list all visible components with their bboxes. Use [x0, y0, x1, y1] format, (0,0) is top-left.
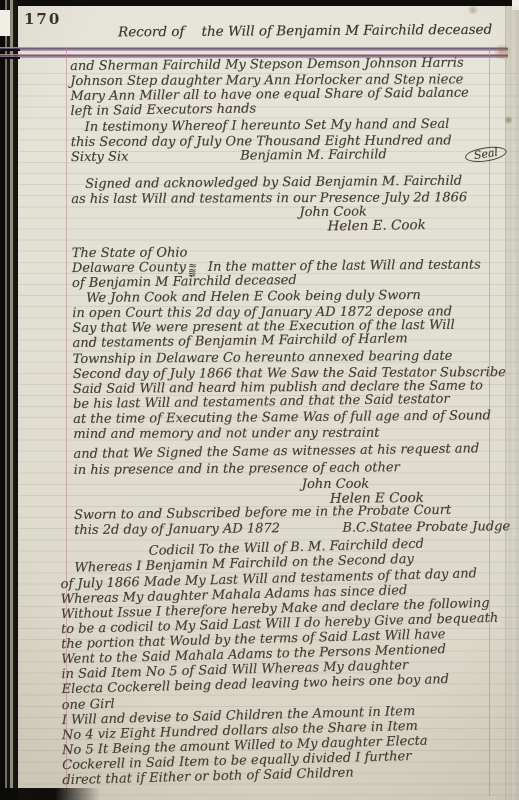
binding-shadow-bottom-left	[0, 788, 100, 800]
handwritten-line: as his last Will and testaments in our P…	[71, 190, 509, 207]
corner-paper-sliver-top-right	[512, 0, 519, 10]
handwritten-line: Second day of July 1866 that We Saw the …	[73, 365, 511, 382]
binding-rule-tick	[0, 57, 20, 59]
line-text: this Second day of July One Thousand Eig…	[71, 133, 452, 150]
book-binding-left	[0, 0, 18, 800]
line-text: Delaware County	[72, 260, 186, 276]
binding-rule-tick	[0, 49, 20, 51]
handwritten-line: in his presence and in the presence of e…	[74, 459, 512, 478]
line-text: Helen E. Cook	[327, 217, 425, 234]
handwritten-line: mind and memory and not under any restra…	[73, 425, 511, 442]
handwritten-line: this Second day of July One Thousand Eig…	[71, 133, 509, 150]
will-text: and Sherman Fairchild My Stepson Demson …	[70, 55, 514, 788]
ink-stain	[492, 44, 512, 60]
line-text: Sixty Six	[71, 149, 129, 165]
line-text: in his presence and in the presence of e…	[74, 460, 400, 478]
line-text: The State of Ohio	[72, 245, 188, 261]
line-text: this 2d day of January AD 1872	[74, 521, 280, 538]
line-text: of Benjamin M Fairchild deceased	[72, 273, 297, 291]
line-text: mind and memory and not under any restra…	[73, 426, 379, 442]
line-text: left in Said Executors hands	[70, 102, 256, 120]
handwritten-line: Township in Delaware Co hereunto annexed…	[73, 348, 511, 367]
line-text: John Cook	[302, 476, 369, 491]
line-text: We John Cook and Helen E Cook being duly…	[86, 288, 421, 306]
ink-stain	[504, 116, 513, 124]
handwritten-line: John Cook	[74, 476, 512, 493]
line-text: in open Court this 2d day of January AD …	[72, 304, 452, 321]
line-text: as his last Will and testaments in our P…	[71, 190, 467, 207]
page-title: Record of the Will of Benjamin M Fairchi…	[118, 22, 508, 41]
line-text: In testimony Whereof I hereunto Set My h…	[85, 116, 450, 134]
line-text-right: B.C.Statee Probate Judge	[342, 519, 510, 535]
line-text: and Sherman Fairchild My Stepson Demson …	[70, 56, 464, 74]
line-text: Township in Delaware Co hereunto annexed…	[73, 348, 453, 366]
line-text: one Girl	[61, 696, 114, 712]
line-text: Second day of July 1866 that We Saw the …	[73, 365, 506, 382]
will-record-book-photo: 170 Record of the Will of Benjamin M Fai…	[0, 0, 519, 800]
page-number: 170	[24, 10, 61, 28]
ink-stain	[466, 6, 480, 14]
corner-paper-sliver-top-left	[0, 10, 10, 36]
handwritten-line: and Sherman Fairchild My Stepson Demson …	[70, 55, 508, 74]
handwritten-line: Johnson Step daughter Mary Ann Horlocker…	[70, 72, 508, 89]
line-text: Johnson Step daughter Mary Ann Horlocker…	[70, 72, 463, 89]
handwritten-line: The State of Ohio	[72, 244, 510, 261]
double-rule-top-first	[0, 47, 508, 51]
handwritten-line: in open Court this 2d day of January AD …	[72, 304, 510, 321]
line-text: Signed and acknowledged by Said Benjamin…	[85, 174, 462, 192]
handwritten-line: In testimony Whereof I hereunto Set My h…	[71, 116, 509, 135]
